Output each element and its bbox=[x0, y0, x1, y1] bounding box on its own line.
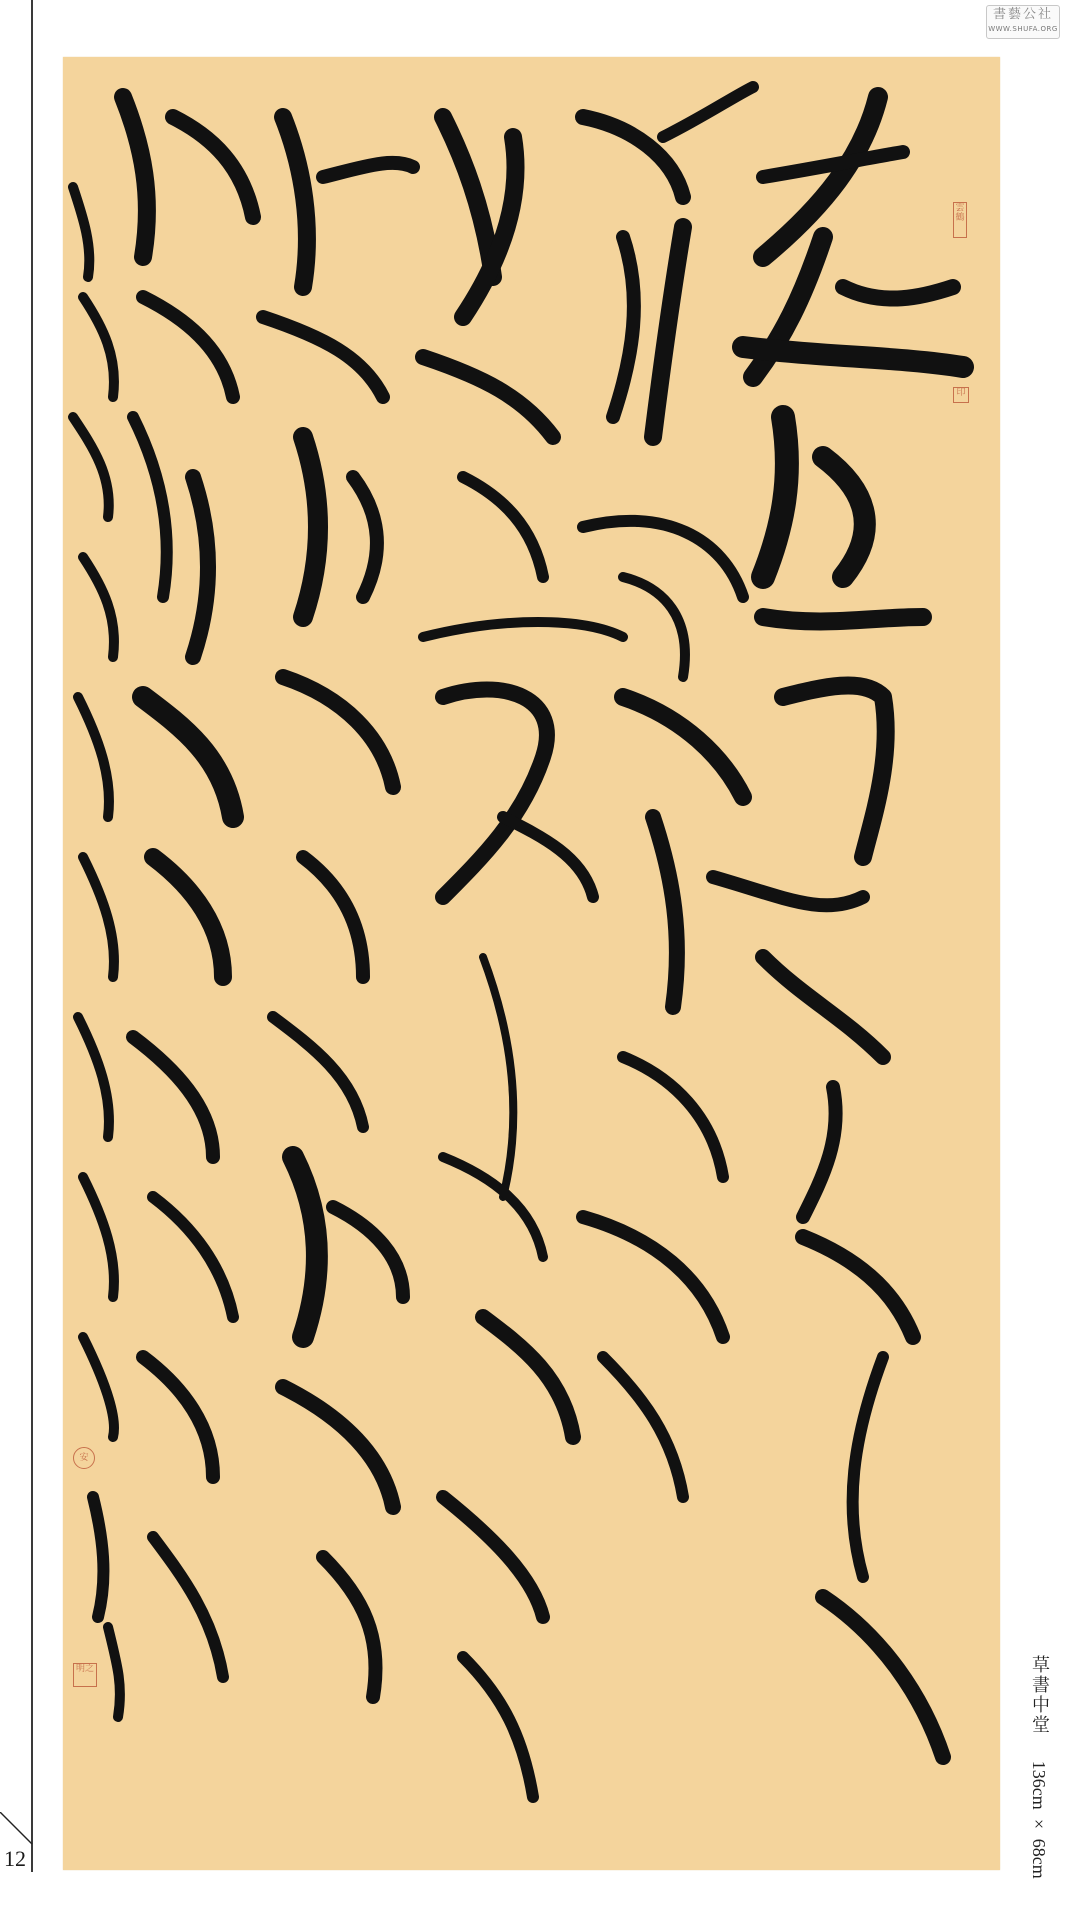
column-1 bbox=[713, 97, 963, 1757]
artwork-caption: 草書中堂 136cm × 68cm bbox=[1018, 1655, 1052, 1879]
column-2 bbox=[583, 87, 753, 1497]
watermark-title: 書藝公社 bbox=[987, 6, 1059, 24]
calligraphy-artwork: 雲鶴 印 安 明之 bbox=[63, 57, 1000, 1870]
page-margin-rule bbox=[31, 0, 33, 1872]
leisure-seal-square-small: 印 bbox=[953, 387, 969, 403]
name-seal-square: 明之 bbox=[73, 1663, 97, 1687]
site-watermark: 書藝公社 WWW.SHUFA.ORG bbox=[986, 5, 1060, 39]
inscription-column bbox=[73, 187, 120, 1717]
column-4 bbox=[263, 117, 413, 1697]
artwork-title: 草書中堂 bbox=[1026, 1655, 1052, 1735]
artwork-dimensions: 136cm × 68cm bbox=[1029, 1761, 1049, 1879]
watermark-url: WWW.SHUFA.ORG bbox=[987, 24, 1059, 34]
seal-text: 雲鶴 bbox=[955, 203, 964, 223]
seal-text: 明之 bbox=[76, 1664, 94, 1674]
page-number: 12 bbox=[4, 1846, 26, 1872]
leisure-seal-oblong: 雲鶴 bbox=[953, 202, 967, 238]
seal-text: 安 bbox=[79, 1453, 88, 1463]
column-5 bbox=[123, 97, 253, 1677]
name-seal-round: 安 bbox=[73, 1447, 95, 1469]
column-3 bbox=[423, 117, 623, 1797]
page-corner-diagonal bbox=[0, 1812, 34, 1846]
seal-text: 印 bbox=[956, 388, 965, 398]
calligraphy-strokes bbox=[63, 57, 1000, 1870]
